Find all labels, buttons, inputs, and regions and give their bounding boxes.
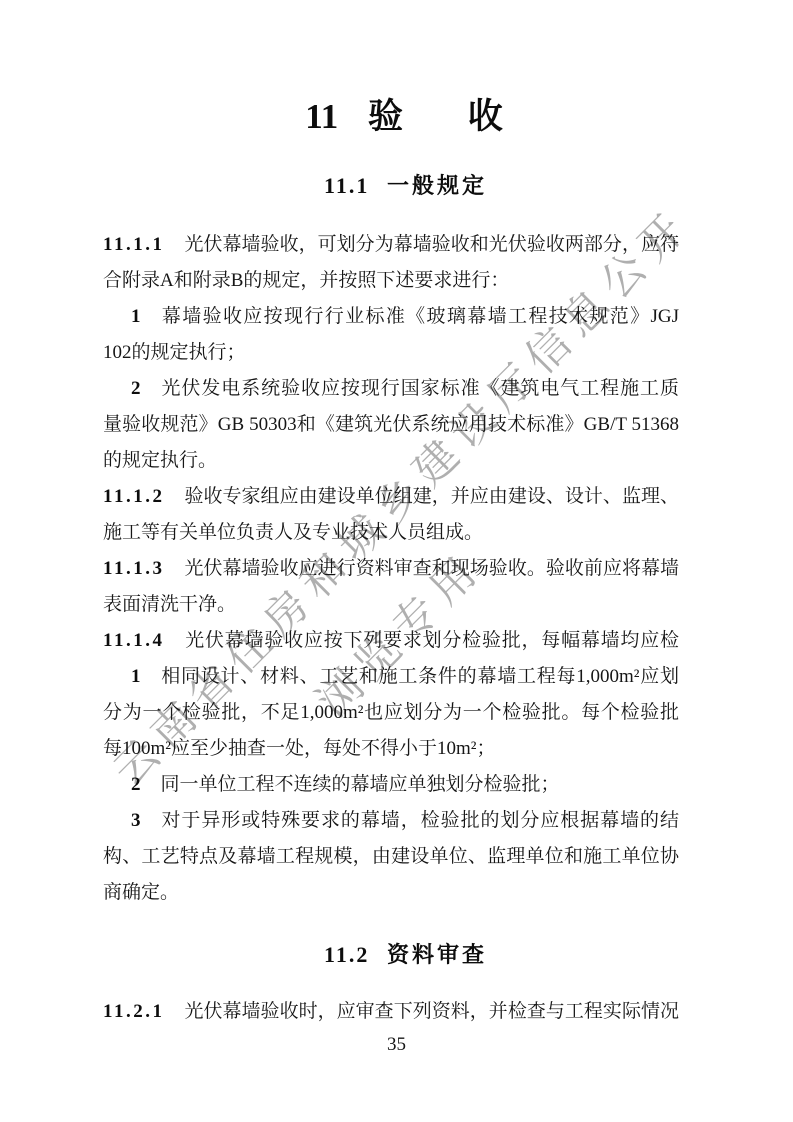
text-line-content: 对于异形或特殊要求的幕墙，检验批的划分应根据幕墙的结 bbox=[161, 810, 680, 831]
clause-11-1-3: 11.1.3光伏幕墙验收应进行资料审查和现场验收。验收前应将幕墙 表面清洗干净。 bbox=[103, 551, 679, 623]
section-heading-11-2: 11.2资料审查 bbox=[103, 942, 679, 968]
clause-11-1-4-item-3: 3对于异形或特殊要求的幕墙，检验批的划分应根据幕墙的结 构、工艺特点及幕墙工程规… bbox=[103, 803, 679, 911]
text-line-content: 光伏发电系统验收应按现行国家标准《建筑电气工程施工质 bbox=[161, 378, 680, 399]
text-line-content: 光伏幕墙验收，可划分为幕墙验收和光伏验收两部分，应符 bbox=[184, 234, 679, 255]
text-line: 每100m²应至少抽查一处，每处不得小于10m²； bbox=[103, 731, 679, 767]
text-line: 构、工艺特点及幕墙工程规模，由建设单位、监理单位和施工单位协 bbox=[103, 839, 679, 875]
text-line: 3对于异形或特殊要求的幕墙，检验批的划分应根据幕墙的结 bbox=[103, 803, 679, 839]
section-body-11-1: 11.1.1光伏幕墙验收，可划分为幕墙验收和光伏验收两部分，应符 合附录A和附录… bbox=[103, 227, 679, 911]
text-line-content: 光伏幕墙验收时，应审查下列资料，并检查与工程实际情况 bbox=[184, 1001, 679, 1022]
text-line: 1幕墙验收应按现行行业标准《玻璃幕墙工程技术规范》JGJ bbox=[103, 299, 679, 335]
text-line: 102的规定执行； bbox=[103, 335, 679, 371]
clause-11-1-4-item-1: 1相同设计、材料、工艺和施工条件的幕墙工程每1,000m²应划 分为一个检验批，… bbox=[103, 659, 679, 767]
page-number: 35 bbox=[0, 1034, 793, 1056]
clause-11-1-4-item-2: 2同一单位工程不连续的幕墙应单独划分检验批； bbox=[103, 767, 679, 803]
text-line: 量验收规范》GB 50303和《建筑光伏系统应用技术标准》GB/T 51368 bbox=[103, 407, 679, 443]
clause-11-1-4: 11.1.4光伏幕墙验收应按下列要求划分检验批，每幅幕墙均应检验： bbox=[103, 623, 679, 659]
section-title-text: 资料审查 bbox=[387, 942, 487, 967]
chapter-title-text: 验收 bbox=[368, 97, 568, 136]
clause-11-1-1: 11.1.1光伏幕墙验收，可划分为幕墙验收和光伏验收两部分，应符 合附录A和附录… bbox=[103, 227, 679, 299]
section-title-text: 一般规定 bbox=[387, 173, 487, 198]
clause-11-1-2: 11.1.2验收专家组应由建设单位组建，并应由建设、设计、监理、 施工等有关单位… bbox=[103, 479, 679, 551]
clause-number: 11.1.4 bbox=[103, 630, 164, 651]
clause-11-1-1-item-2: 2光伏发电系统验收应按现行国家标准《建筑电气工程施工质 量验收规范》GB 503… bbox=[103, 371, 679, 479]
item-number: 2 bbox=[131, 774, 141, 795]
text-line-content: 光伏幕墙验收应按下列要求划分检验批，每幅幕墙均应检验： bbox=[103, 630, 679, 659]
section-number: 11.1 bbox=[324, 173, 369, 198]
page-content: 11验收 11.1一般规定 11.1.1光伏幕墙验收，可划分为幕墙验收和光伏验收… bbox=[103, 0, 679, 1030]
item-number: 2 bbox=[131, 378, 141, 399]
text-line: 11.1.4光伏幕墙验收应按下列要求划分检验批，每幅幕墙均应检验： bbox=[103, 623, 679, 659]
item-number: 1 bbox=[131, 306, 141, 327]
text-line-content: 幕墙验收应按现行行业标准《玻璃幕墙工程技术规范》JGJ bbox=[161, 306, 680, 327]
text-line: 11.1.2验收专家组应由建设单位组建，并应由建设、设计、监理、 bbox=[103, 479, 679, 515]
item-number: 1 bbox=[131, 666, 141, 687]
text-line: 商确定。 bbox=[103, 875, 679, 911]
text-line-content: 光伏幕墙验收应进行资料审查和现场验收。验收前应将幕墙 bbox=[184, 558, 679, 579]
text-line: 表面清洗干净。 bbox=[103, 587, 679, 623]
text-line: 11.1.1光伏幕墙验收，可划分为幕墙验收和光伏验收两部分，应符 bbox=[103, 227, 679, 263]
clause-11-1-1-item-1: 1幕墙验收应按现行行业标准《玻璃幕墙工程技术规范》JGJ 102的规定执行； bbox=[103, 299, 679, 371]
clause-11-2-1: 11.2.1光伏幕墙验收时，应审查下列资料，并检查与工程实际情况 bbox=[103, 994, 679, 1030]
document-page: 云南省住房和城乡建设厅信息公开 浏览专用 11验收 11.1一般规定 11.1.… bbox=[0, 0, 793, 1122]
item-number: 3 bbox=[131, 810, 141, 831]
text-line-content: 同一单位工程不连续的幕墙应单独划分检验批； bbox=[161, 774, 560, 795]
text-line: 11.2.1光伏幕墙验收时，应审查下列资料，并检查与工程实际情况 bbox=[103, 994, 679, 1030]
text-line: 1相同设计、材料、工艺和施工条件的幕墙工程每1,000m²应划 bbox=[103, 659, 679, 695]
section-body-11-2: 11.2.1光伏幕墙验收时，应审查下列资料，并检查与工程实际情况 bbox=[103, 994, 679, 1030]
chapter-title: 11验收 bbox=[103, 0, 679, 137]
text-line: 合附录A和附录B的规定，并按照下述要求进行： bbox=[103, 263, 679, 299]
clause-number: 11.1.1 bbox=[103, 234, 164, 255]
text-line-content: 相同设计、材料、工艺和施工条件的幕墙工程每1,000m²应划 bbox=[161, 666, 680, 687]
text-line-content: 验收专家组应由建设单位组建，并应由建设、设计、监理、 bbox=[184, 486, 679, 507]
section-number: 11.2 bbox=[324, 942, 369, 967]
text-line: 的规定执行。 bbox=[103, 443, 679, 479]
text-line: 分为一个检验批，不足1,000m²也应划分为一个检验批。每个检验批 bbox=[103, 695, 679, 731]
section-heading-11-1: 11.1一般规定 bbox=[103, 173, 679, 199]
clause-number: 11.1.2 bbox=[103, 486, 164, 507]
text-line: 2同一单位工程不连续的幕墙应单独划分检验批； bbox=[103, 767, 679, 803]
text-line: 施工等有关单位负责人及专业技术人员组成。 bbox=[103, 515, 679, 551]
clause-number: 11.2.1 bbox=[103, 1001, 164, 1022]
text-line: 11.1.3光伏幕墙验收应进行资料审查和现场验收。验收前应将幕墙 bbox=[103, 551, 679, 587]
clause-number: 11.1.3 bbox=[103, 558, 164, 579]
chapter-number: 11 bbox=[305, 97, 338, 136]
text-line: 2光伏发电系统验收应按现行国家标准《建筑电气工程施工质 bbox=[103, 371, 679, 407]
